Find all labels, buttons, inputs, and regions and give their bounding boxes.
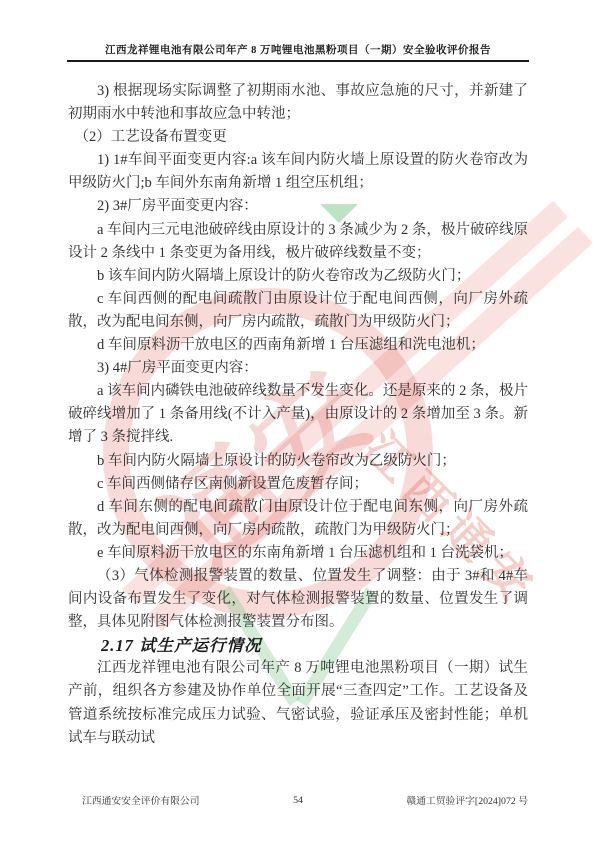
body-paragraph: d 车间东侧的配电间疏散门由原设计位于配电间东侧，向厂房外疏散，改为配电间西侧，… [68,496,528,542]
body-paragraph: a 车间内三元电池破碎线由原设计的 3 条减少为 2 条，极片破碎线原设计 2 … [68,219,528,265]
document-body: 3) 根据现场实际调整了初期雨水池、事故应急施的尺寸，并新建了初期雨水中转池和事… [68,80,528,786]
body-paragraph: c 车间西侧储存区南侧新设置危废暂存间； [68,473,528,496]
body-paragraph: a 该车间内磷铁电池破碎线数量不发生变化。还是原来的 2 条，极片破碎线增加了 … [68,380,528,449]
body-paragraph: 江西龙祥锂电池有限公司年产 8 万吨锂电池黑粉项目（一期）试生产前，组织各方参建… [68,657,528,749]
body-paragraph: 3) 4#厂房平面变更内容： [68,357,528,380]
body-paragraph: b 车间内防火隔墙上原设计的防火卷帘改为乙级防火门； [68,450,528,473]
body-paragraph: 2) 3#厂房平面变更内容： [68,195,528,218]
body-paragraph: （3）气体检测报警装置的数量、位置发生了调整：由于 3#和 4#车间内设备布置发… [68,565,528,634]
page-content: 江西龙祥锂电池有限公司年产 8 万吨锂电池黑粉项目（一期）安全验收评价报告 3)… [0,0,596,842]
footer-page-number: 54 [68,795,528,806]
section-heading: 2.17 试生产运行情况 [68,634,528,657]
document-page: 通安 江西通安 江西龙祥锂电池有限公司年产 8 万吨锂电池黑粉项目（一期）安全验… [0,0,596,842]
body-paragraph: d 车间原料沥干放电区的西南角新增 1 台压滤组和洗电池机； [68,334,528,357]
body-paragraph: b 该车间内防火隔墙上原设计的防火卷帘改为乙级防火门； [68,265,528,288]
body-paragraph: 3) 根据现场实际调整了初期雨水池、事故应急施的尺寸，并新建了初期雨水中转池和事… [68,80,528,126]
page-header-title: 江西龙祥锂电池有限公司年产 8 万吨锂电池黑粉项目（一期）安全验收评价报告 [0,42,596,57]
body-paragraph: c 车间西侧的配电间疏散门由原设计位于配电间西侧，向厂房外疏散，改为配电间东侧，… [68,288,528,334]
body-paragraph: （2）工艺设备布置变更 [68,126,528,149]
header-rule [67,60,529,62]
body-paragraph: e 车间原料沥干放电区的东南角新增 1 台压滤机组和 1 台洗袋机； [68,542,528,565]
body-paragraph: 1) 1#车间平面变更内容:a 该车间内防火墙上原设置的防火卷帘改为甲级防火门;… [68,149,528,195]
page-footer: 江西通安安全评价有限公司 54 赣通工贸验评字[2024]072 号 [68,792,528,808]
